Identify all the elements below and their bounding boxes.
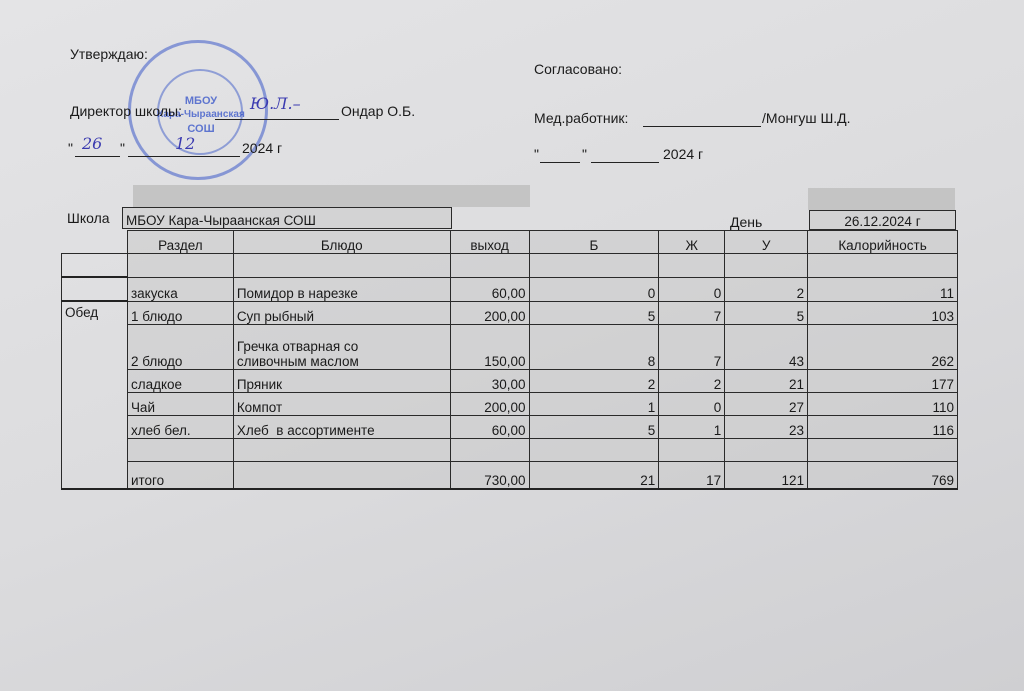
table-row: [62, 438, 958, 461]
header-yield: выход: [450, 231, 529, 254]
cell-fat: 0: [659, 392, 725, 415]
director-signature: Ю.Л.–: [250, 94, 301, 113]
cell-dish: Гречка отварная сосливочным маслом: [233, 324, 450, 369]
dish-line: Гречка отварная со: [237, 339, 447, 354]
table-row: [62, 254, 958, 278]
cell-carbs: 27: [725, 392, 808, 415]
med-label: Мед.работник:: [534, 110, 628, 126]
table-row: закуска Помидор в нарезке 60,00 0 0 2 11: [62, 277, 958, 301]
cell-dish: Компот: [233, 392, 450, 415]
director-name: Ондар О.Б.: [341, 103, 415, 119]
cell-section: Чай: [127, 392, 233, 415]
table-row: Обед 1 блюдо Суп рыбный 200,00 5 7 5 103: [62, 301, 958, 324]
cell-total-carbs: 121: [725, 461, 808, 489]
cell-section: 2 блюдо: [127, 324, 233, 369]
cell-dish: Пряник: [233, 369, 450, 392]
school-label: Школа: [67, 210, 110, 226]
cell-carbs: 2: [725, 277, 808, 301]
cell-fat: 7: [659, 324, 725, 369]
cell-fat: 2: [659, 369, 725, 392]
cell-protein: 5: [529, 415, 659, 438]
cell-yield: 60,00: [450, 415, 529, 438]
cell-carbs: 43: [725, 324, 808, 369]
cell-dish: Помидор в нарезке: [233, 277, 450, 301]
agreed-month-line: [591, 146, 659, 163]
approve-year: 2024 г: [242, 140, 282, 156]
cell-yield: 150,00: [450, 324, 529, 369]
cell-fat: 0: [659, 277, 725, 301]
header-section: Раздел: [127, 231, 233, 254]
quote-mark: ": [582, 146, 587, 162]
cell-fat: 7: [659, 301, 725, 324]
day-value-box: 26.12.2024 г: [809, 210, 956, 230]
cell-calories: 11: [808, 277, 958, 301]
table-row: сладкое Пряник 30,00 2 2 21 177: [62, 369, 958, 392]
med-name: /Монгуш Ш.Д.: [762, 110, 851, 126]
director-label: Директор школы:: [70, 103, 182, 119]
stamp-text: СОШ: [131, 123, 271, 135]
header-protein: Б: [529, 231, 659, 254]
quote-mark: ": [120, 140, 125, 156]
cell-yield: 200,00: [450, 301, 529, 324]
menu-table: Раздел Блюдо выход Б Ж У Калорийность за…: [61, 230, 958, 490]
month-handwritten: 12: [175, 134, 195, 153]
cell-total-protein: 21: [529, 461, 659, 489]
school-name-box: МБОУ Кара-Чыраанская СОШ: [122, 207, 452, 229]
day-label: День: [730, 214, 762, 230]
cell-carbs: 23: [725, 415, 808, 438]
header-calories: Калорийность: [808, 231, 958, 254]
header-carbs: У: [725, 231, 808, 254]
cell-yield: 60,00: [450, 277, 529, 301]
cell-total-label: итого: [127, 461, 233, 489]
cell-calories: 116: [808, 415, 958, 438]
cell-section: 1 блюдо: [127, 301, 233, 324]
cell-calories: 110: [808, 392, 958, 415]
cell-section: хлеб бел.: [127, 415, 233, 438]
cell-carbs: 5: [725, 301, 808, 324]
cell-yield: 30,00: [450, 369, 529, 392]
cell-dish: Суп рыбный: [233, 301, 450, 324]
cell-protein: 0: [529, 277, 659, 301]
cell-total-fat: 17: [659, 461, 725, 489]
cell-total-yield: 730,00: [450, 461, 529, 489]
cell-section: сладкое: [127, 369, 233, 392]
cell-carbs: 21: [725, 369, 808, 392]
quote-mark: ": [534, 146, 539, 162]
cell-section: закуска: [127, 277, 233, 301]
cell-calories: 262: [808, 324, 958, 369]
approve-title: Утверждаю:: [70, 46, 148, 62]
cell-fat: 1: [659, 415, 725, 438]
day-value: 26.12.2024 г: [810, 211, 956, 230]
table-row: 2 блюдо Гречка отварная сосливочным масл…: [62, 324, 958, 369]
dish-line: сливочным маслом: [237, 354, 447, 369]
cell-calories: 177: [808, 369, 958, 392]
header-dish: Блюдо: [233, 231, 450, 254]
med-signature-line: [643, 110, 761, 127]
total-row: итого 730,00 21 17 121 769: [62, 461, 958, 489]
table-row: хлеб бел. Хлеб в ассортименте 60,00 5 1 …: [62, 415, 958, 438]
school-name: МБОУ Кара-Чыраанская СОШ: [123, 208, 452, 229]
day-handwritten: 26: [82, 134, 102, 153]
table-row: Чай Компот 200,00 1 0 27 110: [62, 392, 958, 415]
document-page: МБОУ Кара-Чыраанская СОШ Утверждаю: Дире…: [0, 0, 1024, 691]
agreed-day-line: [540, 146, 580, 163]
cell-yield: 200,00: [450, 392, 529, 415]
cell-dish: Хлеб в ассортименте: [233, 415, 450, 438]
meal-label: Обед: [62, 301, 128, 489]
cell-protein: 1: [529, 392, 659, 415]
header-fat: Ж: [659, 231, 725, 254]
cell-calories: 103: [808, 301, 958, 324]
quote-mark: ": [68, 140, 73, 156]
agreed-year: 2024 г: [663, 146, 703, 162]
shaded-bar: [133, 185, 530, 207]
cell-protein: 5: [529, 301, 659, 324]
agreed-title: Согласовано:: [534, 61, 622, 77]
table-header-row: Раздел Блюдо выход Б Ж У Калорийность: [62, 231, 958, 254]
cell-total-calories: 769: [808, 461, 958, 489]
cell-protein: 8: [529, 324, 659, 369]
shaded-bar: [808, 188, 955, 210]
cell-protein: 2: [529, 369, 659, 392]
